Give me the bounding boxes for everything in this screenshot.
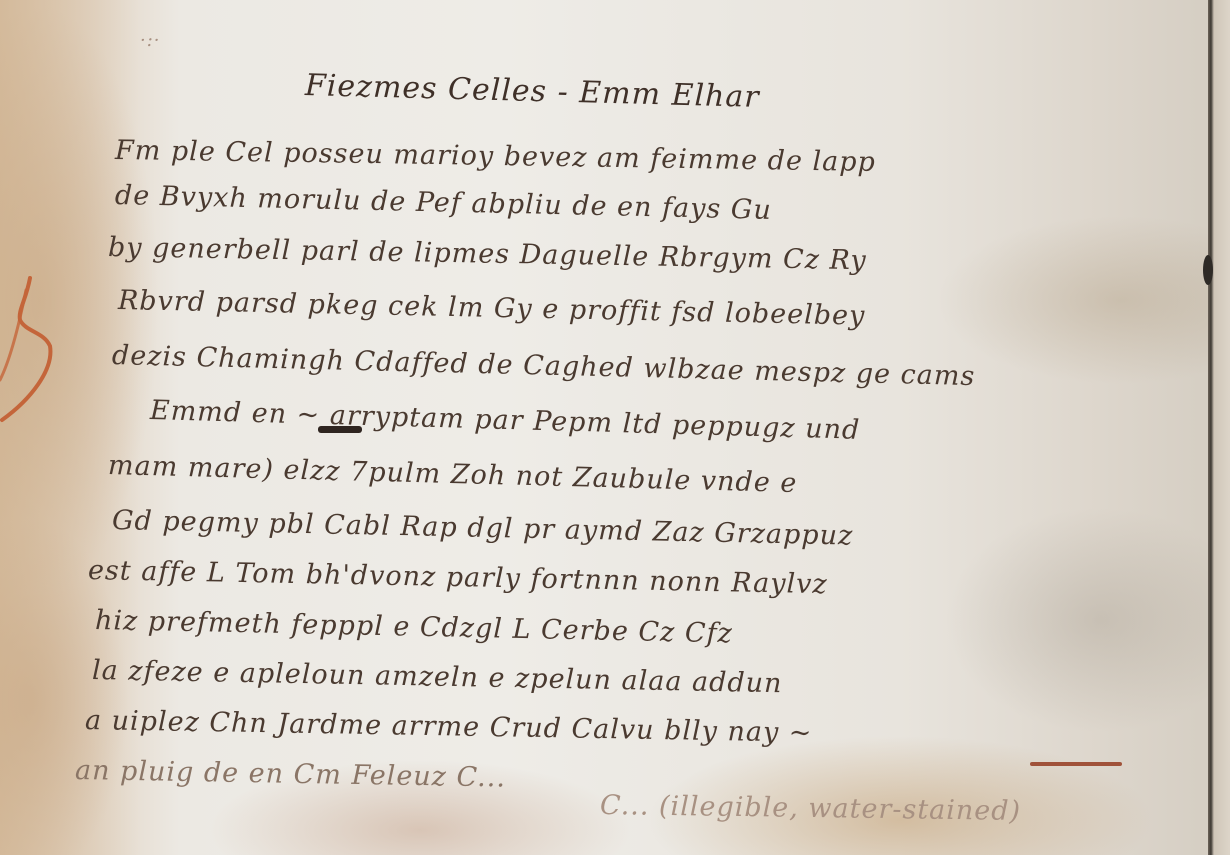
binding-thread-knot [1203,255,1213,285]
manuscript-line-11: la zfeze e apleloun amzeln e zpelun alaa… [92,655,783,699]
manuscript-line-2: de Bvyxh morulu de Pef abpliu de en fays… [115,180,772,226]
manuscript-line-5: dezis Chamingh Cdaffed de Caghed wlbzae … [112,340,976,392]
manuscript-line-14: C... (illegible, water-stained) [600,790,1022,827]
manuscript-line-7: mam mare) elzz 7pulm Zoh not Zaubule vnd… [108,450,798,499]
red-margin-bracket-icon [0,270,60,430]
manuscript-line-3: by generbell parl de lipmes Daguelle Rbr… [108,232,867,276]
struck-word-line-6 [318,426,362,433]
manuscript-line-12: a uiplez Chn Jardme arrme Crud Calvu bll… [85,705,813,749]
manuscript-line-4: Rbvrd parsd pkeg cek lm Gy e proffit fsd… [118,285,866,332]
manuscript-line-6: Emmd en ~ arryptam par Pepm ltd peppugz … [150,395,861,446]
manuscript-heading: Fiezmes Celles - Emm Elhar [305,68,760,115]
manuscript-line-10: hiz prefmeth fepppl e Cdzgl L Cerbe Cz C… [95,605,733,649]
manuscript-line-8: Gd pegmy pbl Cabl Rap dgl pr aymd Zaz Gr… [112,505,854,552]
corner-mark: ·:· [140,30,161,51]
red-strike-line-12 [1030,762,1122,766]
manuscript-page: ·:· Fiezmes Celles - Emm Elhar Fm ple Ce… [0,0,1230,855]
manuscript-line-9: est affe L Tom bh'dvonz parly fortnnn no… [88,555,828,600]
manuscript-line-1: Fm ple Cel posseu marioy bevez am feimme… [115,135,1175,183]
page-binding-edge [1208,0,1230,855]
